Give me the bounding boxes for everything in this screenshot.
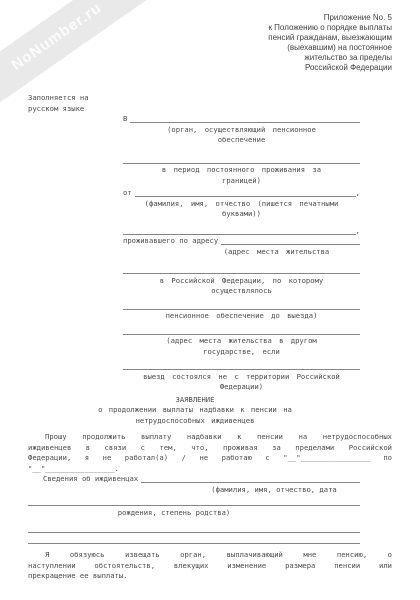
address-caption: пенсионное обеспечение до выезда) xyxy=(123,311,360,322)
blank-line xyxy=(135,196,356,197)
request-paragraph: Прошу продолжить выплату надбавки к пенс… xyxy=(28,432,392,474)
name-caption: буквами)) xyxy=(123,209,360,220)
header-line: Российской Федерации xyxy=(0,63,392,73)
document-page: NoNumber.ru Приложение No. 5 к Положению… xyxy=(0,0,420,600)
request-line: Федерации, я не работал(а) / не работаю … xyxy=(28,453,392,464)
to-row: В xyxy=(123,114,360,125)
blank-line xyxy=(123,369,360,370)
blank-line xyxy=(221,244,360,245)
from-row: от , xyxy=(123,188,360,199)
blank-row xyxy=(123,301,360,312)
address-caption: осуществлялось xyxy=(123,286,360,297)
dependents-caption: рождения, степень родства) xyxy=(28,508,392,519)
blank-row xyxy=(28,497,360,508)
to-prefix: В xyxy=(123,114,127,125)
blank-line xyxy=(123,163,360,164)
obligation-line: прекращение ее выплаты. xyxy=(28,571,392,582)
statement-title-line: о продолжении выплаты надбавки к пенсии … xyxy=(28,405,362,416)
blank-line xyxy=(28,532,360,533)
dependents-label: Сведения об иждивенцах xyxy=(43,474,138,485)
address-prefix: проживавшего по адресу xyxy=(123,236,218,247)
address-caption: (адрес места жительства в другом xyxy=(123,336,360,347)
address-caption: государстве, если xyxy=(123,347,360,358)
comma: , xyxy=(356,188,360,199)
header-line: пенсий гражданам, выезжающим xyxy=(0,33,392,43)
request-line: Прошу продолжить выплату надбавки к пенс… xyxy=(28,432,392,443)
header-line: жительство за пределы xyxy=(0,53,392,63)
statement-title: ЗАЯВЛЕНИЕ о продолжении выплаты надбавки… xyxy=(28,395,392,427)
address-caption: Федерации) xyxy=(123,382,360,393)
document-body: Заполняется на русском языке В (орган, о… xyxy=(0,93,420,582)
language-note-line: русском языке xyxy=(28,104,392,115)
header-line: (выехавшим) на постоянное xyxy=(0,43,392,53)
language-note-line: Заполняется на xyxy=(28,93,392,104)
addressee-block: В (орган, осуществляющий пенсионное обес… xyxy=(123,114,360,393)
blank-row xyxy=(28,535,360,546)
obligation-line: наступлении обстоятельств, влекущих изме… xyxy=(28,561,392,572)
blank-row: , xyxy=(123,226,360,237)
blank-line xyxy=(123,234,356,235)
blank-line xyxy=(123,334,360,335)
address-caption: (адрес места жительства xyxy=(123,247,360,258)
address-caption: выезд состоялся не с территории Российск… xyxy=(123,372,360,383)
from-prefix: от xyxy=(123,188,132,199)
request-line: "__"________________. xyxy=(28,464,392,475)
dependents-caption: (фамилия, имя, отчество, дата xyxy=(28,485,392,496)
blank-row xyxy=(123,155,360,166)
period-caption: границей) xyxy=(123,176,360,187)
blank-line xyxy=(141,482,360,483)
comma: , xyxy=(356,226,360,237)
statement-title-line: нетрудоспособных иждивенцев xyxy=(28,416,362,427)
address-caption: в Российской Федерации, по которому xyxy=(123,276,360,287)
appendix-header: Приложение No. 5 к Положению о порядке в… xyxy=(0,0,420,73)
blank-row xyxy=(28,524,360,535)
blank-row xyxy=(123,265,360,276)
blank-row xyxy=(123,361,360,372)
org-caption: обеспечение xyxy=(123,135,360,146)
org-caption: (орган, осуществляющий пенсионное xyxy=(123,125,360,136)
statement-title-line: ЗАЯВЛЕНИЕ xyxy=(28,395,362,406)
name-caption: (фамилия, имя, отчество (пишется печатны… xyxy=(123,199,360,210)
blank-line xyxy=(123,309,360,310)
header-line: к Положению о порядке выплаты xyxy=(0,23,392,33)
blank-line xyxy=(28,543,360,544)
request-line: иждивенцев в связи с тем, что, проживая … xyxy=(28,443,392,454)
language-note: Заполняется на русском языке xyxy=(28,93,392,114)
blank-line xyxy=(28,505,360,506)
blank-row xyxy=(123,326,360,337)
period-caption: в период постоянного проживания за xyxy=(123,165,360,176)
obligation-line: Я обязуюсь извещать орган, выплачивающий… xyxy=(28,550,392,561)
address-row: проживавшего по адресу xyxy=(123,236,360,247)
obligation-paragraph: Я обязуюсь извещать орган, выплачивающий… xyxy=(28,550,392,582)
blank-line xyxy=(123,273,360,274)
dependents-row: Сведения об иждивенцах xyxy=(28,474,392,485)
dependents-section: Сведения об иждивенцах (фамилия, имя, от… xyxy=(28,474,392,545)
header-line: Приложение No. 5 xyxy=(0,13,392,23)
blank-line xyxy=(130,122,360,123)
